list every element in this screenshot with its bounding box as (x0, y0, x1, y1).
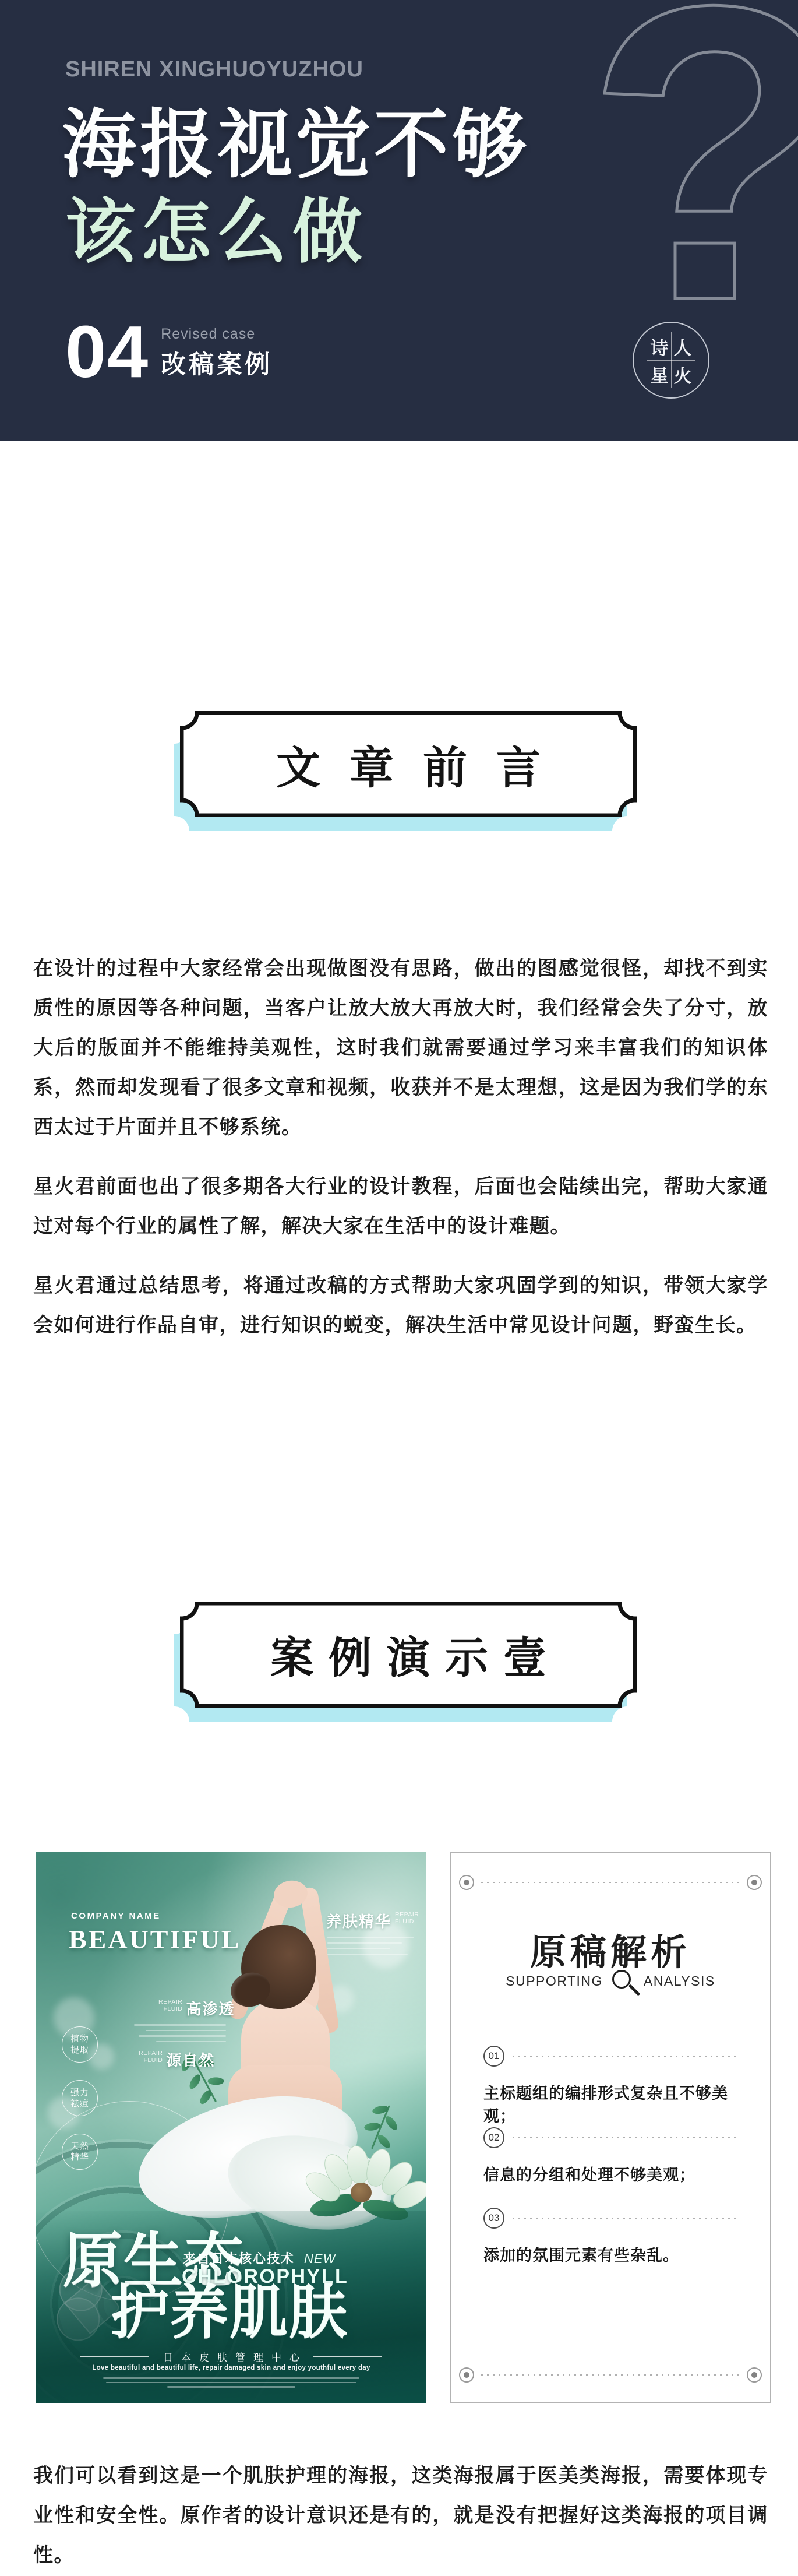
analysis-item-3: 03 添加的氛围元素有些杂乱。 (483, 2208, 737, 2265)
card-bottom-divider (459, 2367, 762, 2383)
card-top-divider (459, 1875, 762, 1890)
question-mark-icon: ? (585, 0, 798, 313)
brand-text: SHIREN XINGHUOYUZHOU (65, 57, 363, 82)
corner-dot-icon (747, 1875, 762, 1890)
header-title-line1: 海报视觉不够 (62, 100, 530, 190)
item-text: 主标题组的编排形式复杂且不够美观； (483, 2081, 737, 2126)
dotted-line (513, 2218, 737, 2219)
poster-company-name: COMPANY NAME (71, 1911, 161, 1921)
shiren-xinghuo-logo: 诗 人 星 火 (633, 322, 709, 399)
item-text: 添加的氛围元素有些杂乱。 (483, 2243, 737, 2265)
item-text: 信息的分组和处理不够美观； (483, 2162, 737, 2185)
corner-dot-icon (747, 2367, 762, 2383)
poster-label-low: REPAIRFLUID 源自然 (135, 2049, 215, 2070)
feature-circle-1: 植物提取 (62, 2026, 98, 2063)
poster-label-right-zh: 养肤精华 (326, 1910, 391, 1931)
feature-circle-2: 强力祛痘 (62, 2080, 98, 2116)
logo-char-3: 星 (648, 360, 671, 388)
analysis-card: 原稿解析 SUPPORTING ANALYSIS 01 主标题组的编排形式复杂且… (450, 1852, 771, 2403)
dotted-line (481, 2374, 740, 2376)
dotted-line (481, 1882, 740, 1883)
corner-dot-icon (459, 1875, 474, 1890)
section-plaque-case1: 案例演示壹 (180, 1602, 637, 1708)
issue-label-en: Revised case (161, 326, 273, 343)
corner-dot-icon (459, 2367, 474, 2383)
section-plaque-preface: 文章前言 (180, 711, 637, 817)
case-poster-image: COMPANY NAME BEAUTIFUL 养肤精华 REPAIRFLUID … (36, 1852, 426, 2403)
poster-second-title: 护养肌肤 (111, 2284, 348, 2342)
item-number-badge: 01 (483, 2046, 504, 2067)
poster-subtitle-tag: NEW (304, 2251, 336, 2267)
poster-label-low-en: REPAIRFLUID (139, 2050, 163, 2064)
section-title-case1: 案例演示壹 (180, 1602, 637, 1708)
logo-char-1: 诗 (648, 332, 671, 360)
poster-brand-title: BEAUTIFUL (69, 1924, 241, 1955)
logo-char-4: 火 (671, 360, 694, 388)
poster-footer-en: Love beautiful and beautiful life, repai… (36, 2364, 426, 2371)
article-page: ? SHIREN XINGHUOYUZHOU 海报视觉不够 该怎么做 04 Re… (0, 0, 798, 2576)
poster-label-mid: REPAIRFLUID 高渗透 (155, 1997, 235, 2019)
feature-circle-3: 天然精华 (62, 2134, 98, 2170)
issue-number: 04 (65, 322, 149, 382)
item-number-badge: 02 (483, 2127, 504, 2148)
dotted-line (513, 2137, 737, 2138)
analysis-item-2: 02 信息的分组和处理不够美观； (483, 2127, 737, 2185)
analysis-subtitle-right: ANALYSIS (644, 1973, 715, 1989)
paragraph-1: 在设计的过程中大家经常会出现做图没有思路，做出的图感觉很怪，却找不到实质性的原因… (33, 949, 768, 1147)
lotus-center (351, 2183, 372, 2202)
logo-char-2: 人 (671, 332, 694, 360)
analysis-subtitle: SUPPORTING ANALYSIS (451, 1970, 770, 1992)
micro-text-lines (36, 2377, 426, 2391)
micro-text-lines (327, 1937, 415, 1959)
magnifier-icon (612, 1970, 634, 1992)
dotted-line (513, 2056, 737, 2057)
analysis-item-1: 01 主标题组的编排形式复杂且不够美观； (483, 2046, 737, 2126)
header-banner: ? SHIREN XINGHUOYUZHOU 海报视觉不够 该怎么做 04 Re… (0, 0, 798, 441)
item-number-badge: 03 (483, 2208, 504, 2229)
footer-line-left (80, 2356, 149, 2357)
footer-line-right (313, 2356, 382, 2357)
paragraph-2: 星火君前面也出了很多期各大行业的设计教程，后面也会陆续出完，帮助大家通过对每个行… (33, 1167, 768, 1246)
analysis-subtitle-left: SUPPORTING (506, 1973, 603, 1989)
header-title-line2: 该怎么做 (65, 190, 368, 274)
poster-label-right: 养肤精华 REPAIRFLUID (326, 1910, 422, 1931)
poster-label-mid-zh: 高渗透 (186, 1997, 235, 2019)
poster-footer-row: 日本皮肤管理中心 (36, 2349, 426, 2364)
analysis-title: 原稿解析 (451, 1923, 770, 1975)
issue-block: 04 Revised case 改稿案例 (65, 322, 273, 382)
issue-label-zh: 改稿案例 (161, 345, 273, 381)
section-title-preface: 文章前言 (180, 711, 637, 817)
poster-label-low-zh: 源自然 (166, 2049, 215, 2070)
poster-label-mid-en: REPAIRFLUID (158, 1999, 182, 2012)
poster-label-right-en: REPAIRFLUID (395, 1912, 419, 1925)
poster-subtitle-row: 来自日本核心技术 NEW (183, 2249, 336, 2267)
closing-paragraph: 我们可以看到这是一个肌肤护理的海报，这类海报属于医美类海报，需要体现专业性和安全… (33, 2456, 768, 2575)
micro-text-lines (133, 2024, 226, 2046)
paragraph-3: 星火君通过总结思考，将通过改稿的方式帮助大家巩固学到的知识，带领大家学会如何进行… (33, 1266, 768, 1345)
poster-footer-zh: 日本皮肤管理中心 (163, 2349, 308, 2364)
poster-subtitle-zh: 来自日本核心技术 (183, 2249, 295, 2267)
article-body: 在设计的过程中大家经常会出现做图没有思路，做出的图感觉很怪，却找不到实质性的原因… (33, 949, 768, 1365)
